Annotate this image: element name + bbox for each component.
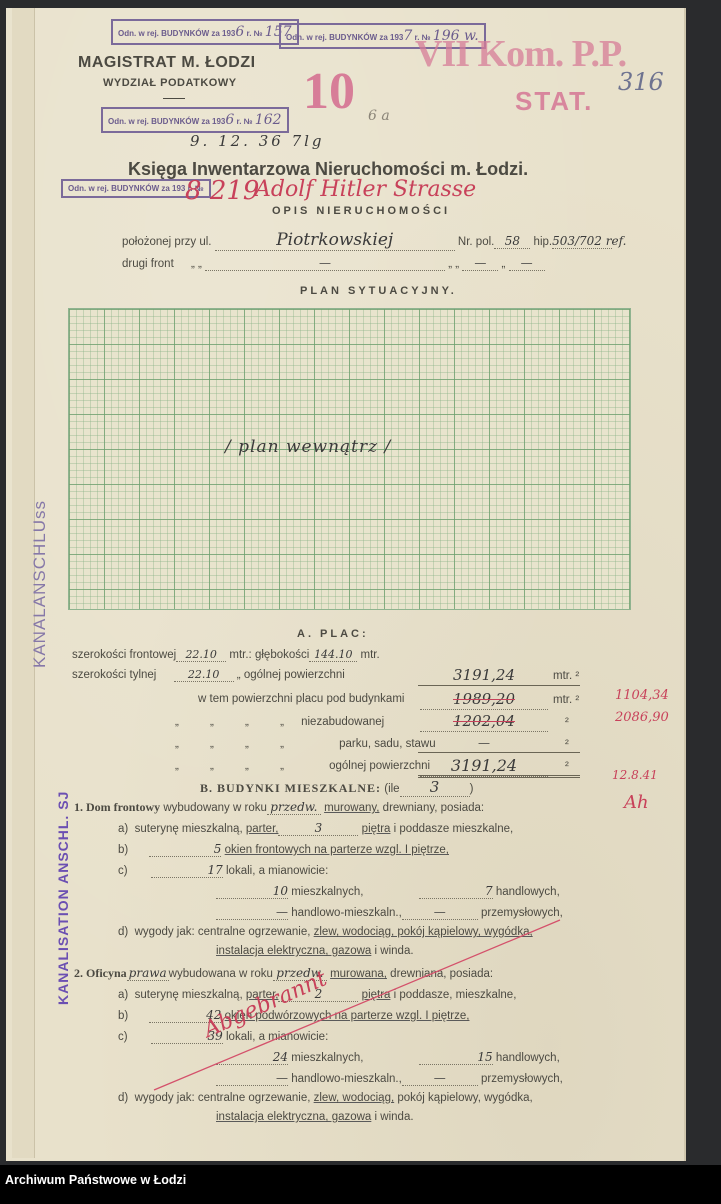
- side-stamp-kanalisation: KANALISATION ANSCHL. SJ: [55, 791, 71, 1005]
- strike-through-line: [0, 0, 721, 1165]
- scan-background: Odn. w rej. BUDYNKÓW za 1936 r. № 157 Od…: [0, 0, 721, 1165]
- side-stamp-kanalanschluss: KANALANSCHLUss: [30, 500, 50, 668]
- archive-credit: Archiwum Państwowe w Łodzi: [5, 1173, 186, 1187]
